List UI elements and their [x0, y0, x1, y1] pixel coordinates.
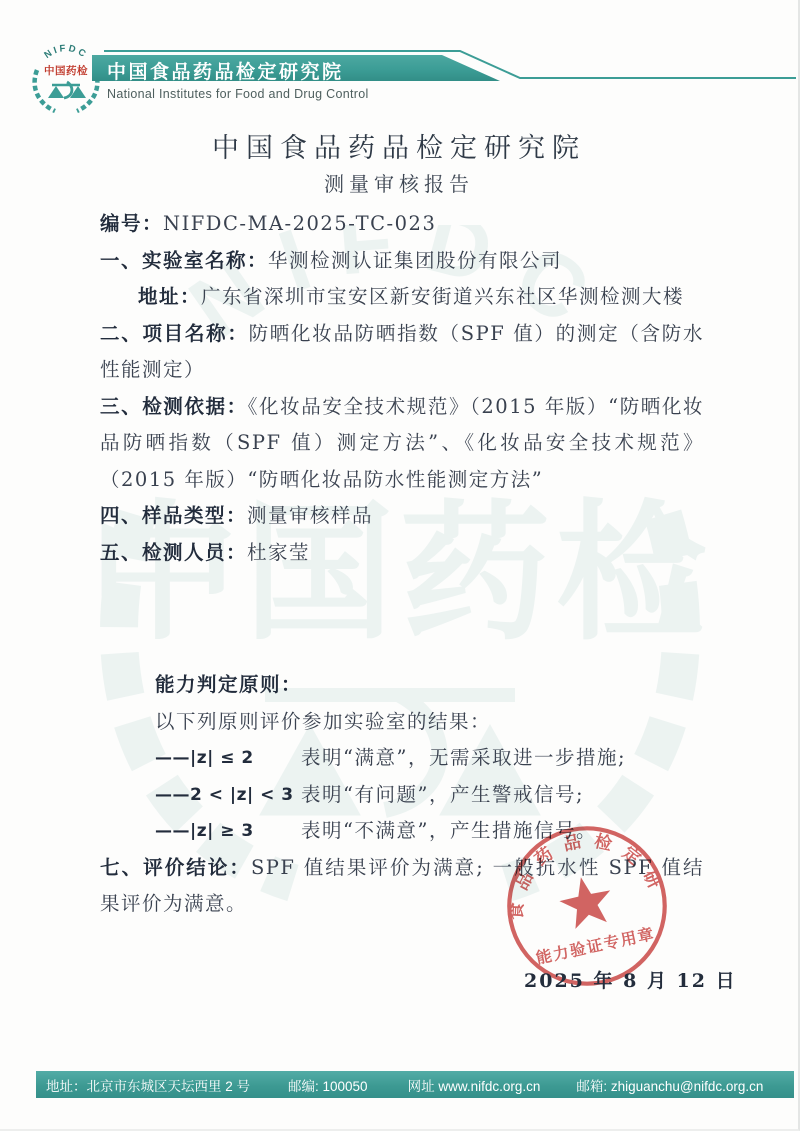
footer-website: 网址 www.nifdc.org.cn — [408, 1075, 541, 1095]
svg-text:能力验证专用章: 能力验证专用章 — [534, 924, 656, 968]
z-rule-unsatisfactory-desc: 表明“不满意”，产生措施信号。 — [301, 813, 704, 850]
principles-heading: 能力判定原则： — [155, 667, 704, 704]
capability-principles-section: 能力判定原则： 以下列原则评价参加实验室的结果： ——|z| ≤ 2表明“满意”… — [155, 667, 704, 850]
test-basis-line: 三、检测依据：《化妆品安全技术规范》（2015 年版）“防晒化妆品防晒指数（SP… — [100, 389, 704, 499]
principles-intro: 以下列原则评价参加实验室的结果： — [155, 704, 704, 741]
test-basis-label: 三、检测依据： — [100, 395, 248, 418]
z-rule-unsatisfactory-formula: ——|z| ≥ 3 — [155, 813, 301, 850]
report-number-label: 编号： — [100, 212, 163, 235]
document-title: 中国食品药品检定研究院 — [0, 126, 798, 165]
document-page: NIFDC 中国药检 NIFDC 中国药检 — [0, 0, 800, 1131]
sample-type-line: 四、样品类型：测量审核样品 — [100, 498, 704, 535]
report-number-value: NIFDC-MA-2025-TC-023 — [163, 212, 436, 235]
tester-value: 杜家莹 — [247, 541, 310, 564]
footer-address: 地址：北京市东城区天坛西里 2 号 — [46, 1075, 250, 1095]
z-rule-questionable-formula: ——2 < |z| < 3 — [155, 777, 301, 814]
scanned-report-page: { "colors": { "teal": "#3C9D96", "teal_d… — [0, 0, 800, 1131]
z-rule-satisfactory: ——|z| ≤ 2表明“满意”，无需采取进一步措施; — [155, 740, 704, 777]
project-name-line: 二、项目名称：防晒化妆品防晒指数（SPF 值）的测定（含防水性能测定） — [100, 316, 704, 389]
footer-contact-bar: 地址：北京市东城区天坛西里 2 号 邮编: 100050 网址 www.nifd… — [36, 1071, 794, 1098]
sample-type-value: 测量审核样品 — [247, 504, 373, 527]
evaluation-conclusion-label: 七、评价结论： — [100, 856, 251, 879]
project-name-label: 二、项目名称： — [100, 322, 249, 345]
lab-name-value: 华测检测认证集团股份有限公司 — [268, 249, 562, 272]
header-banner: 中国食品药品检定研究院 National Institutes for Food… — [92, 50, 796, 108]
sample-type-label: 四、样品类型： — [100, 504, 247, 527]
evaluation-conclusion-line: 七、评价结论：SPF 值结果评价为满意; 一般抗水性 SPF 值结果评价为满意。 — [100, 850, 704, 923]
footer-postcode: 邮编: 100050 — [288, 1075, 368, 1095]
z-rule-unsatisfactory: ——|z| ≥ 3表明“不满意”，产生措施信号。 — [155, 813, 704, 850]
z-rule-questionable: ——2 < |z| < 3表明“有问题”，产生警戒信号; — [155, 777, 704, 814]
lab-name-label: 一、实验室名称： — [100, 249, 268, 272]
report-body: 编号：NIFDC-MA-2025-TC-023 一、实验室名称：华测检测认证集团… — [100, 206, 704, 923]
report-date: 2025 年 8 月 12 日 — [524, 966, 737, 993]
lab-address-line: 地址：广东省深圳市宝安区新安街道兴东社区华测检测大楼 — [100, 279, 704, 316]
report-number-line: 编号：NIFDC-MA-2025-TC-023 — [100, 206, 704, 243]
svg-text:NIFDC: NIFDC — [42, 43, 89, 61]
tester-line: 五、检测人员：杜家莹 — [100, 535, 704, 572]
document-subtitle: 测量审核报告 — [0, 168, 798, 197]
org-name-english: National Institutes for Food and Drug Co… — [107, 87, 369, 101]
z-rule-questionable-desc: 表明“有问题”，产生警戒信号; — [301, 777, 704, 814]
svg-text:中国药检: 中国药检 — [44, 64, 88, 77]
tester-label: 五、检测人员： — [100, 541, 247, 564]
z-rule-satisfactory-formula: ——|z| ≤ 2 — [155, 740, 301, 777]
lab-address-value: 广东省深圳市宝安区新安街道兴东社区华测检测大楼 — [201, 285, 684, 308]
org-name-banner: 中国食品药品检定研究院 — [107, 57, 344, 84]
lab-address-label: 地址： — [138, 285, 201, 308]
lab-name-line: 一、实验室名称：华测检测认证集团股份有限公司 — [100, 243, 704, 280]
z-rule-satisfactory-desc: 表明“满意”，无需采取进一步措施; — [301, 740, 704, 777]
footer-email: 邮箱: zhiguanchu@nifdc.org.cn — [576, 1075, 763, 1095]
